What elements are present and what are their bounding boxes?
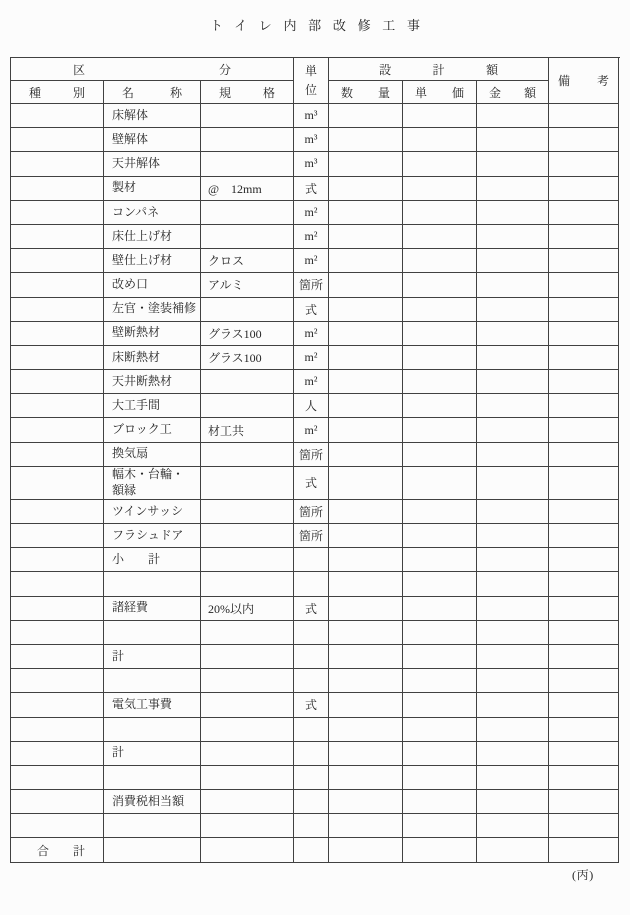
cell-unit-price [403, 742, 477, 766]
cell-unit: m³ [294, 104, 329, 128]
cell-unit [294, 790, 329, 814]
cell-spec [201, 467, 294, 500]
cell-unit-price [403, 322, 477, 346]
cell-unit-price [403, 645, 477, 669]
cell-remarks [549, 128, 619, 152]
document-title: トイレ内部改修工事 [0, 15, 630, 34]
header-remarks-label: 備 考 [549, 72, 618, 89]
cell-name: 天井断熱材 [104, 370, 201, 394]
cell-remarks [549, 814, 619, 838]
cell-name [104, 718, 201, 742]
cell-unit: 箇所 [294, 524, 329, 548]
cell-quantity [329, 500, 403, 524]
cell-spec [201, 201, 294, 225]
cell-unit-price [403, 693, 477, 717]
cell-spec [201, 742, 294, 766]
cell-quantity [329, 693, 403, 717]
cell-quantity [329, 225, 403, 249]
cell-quantity [329, 298, 403, 322]
cell-spec [201, 370, 294, 394]
cell-unit-price [403, 394, 477, 418]
header-spec-label: 規 格 [201, 84, 293, 101]
cell-quantity [329, 814, 403, 838]
cell-unit-price [403, 572, 477, 596]
cell-amount [477, 201, 549, 225]
cell-name [104, 572, 201, 596]
cell-name [104, 838, 201, 862]
cell-remarks [549, 669, 619, 693]
header-design-amount-label: 設 計 額 [329, 61, 548, 78]
cell-spec: 20%以内 [201, 597, 294, 621]
cell-unit [294, 718, 329, 742]
cell-unit: 箇所 [294, 443, 329, 467]
cell-quantity [329, 548, 403, 572]
cell-amount [477, 249, 549, 273]
cell-spec [201, 669, 294, 693]
cell-unit: 人 [294, 394, 329, 418]
cell-unit-price [403, 766, 477, 790]
cell-unit-price [403, 621, 477, 645]
cell-name: 幅木・台輪・ 額縁 [104, 467, 201, 500]
cell-remarks [549, 370, 619, 394]
cell-unit-price [403, 249, 477, 273]
cell-name: 床断熱材 [104, 346, 201, 370]
cell-amount [477, 572, 549, 596]
cell-name: 床仕上げ材 [104, 225, 201, 249]
header-remarks: 備 考 [549, 58, 619, 104]
cell-quantity [329, 467, 403, 500]
cell-name [104, 766, 201, 790]
cell-unit-price [403, 128, 477, 152]
cell-quantity [329, 621, 403, 645]
cell-remarks [549, 838, 619, 862]
cell-type [11, 128, 104, 152]
cell-remarks [549, 322, 619, 346]
cell-unit-price [403, 500, 477, 524]
cell-quantity [329, 177, 403, 201]
header-unit: 単 位 [294, 58, 329, 104]
cell-unit-price [403, 273, 477, 297]
cell-amount [477, 152, 549, 176]
cell-unit [294, 669, 329, 693]
cell-spec [201, 766, 294, 790]
cell-name: 諸経費 [104, 597, 201, 621]
cell-spec: @ 12mm [201, 177, 294, 201]
cell-remarks [549, 548, 619, 572]
cell-amount [477, 225, 549, 249]
cell-amount [477, 346, 549, 370]
cell-type [11, 597, 104, 621]
cell-amount [477, 394, 549, 418]
cell-amount [477, 838, 549, 862]
cell-quantity [329, 766, 403, 790]
header-amount-label: 金 額 [477, 84, 548, 101]
cell-amount [477, 467, 549, 500]
cell-unit-price [403, 548, 477, 572]
cell-spec: 材工共 [201, 418, 294, 442]
cell-quantity [329, 443, 403, 467]
cell-quantity [329, 418, 403, 442]
cell-type: 合 計 [11, 838, 104, 862]
cell-type [11, 693, 104, 717]
cell-amount [477, 645, 549, 669]
cell-unit: m² [294, 346, 329, 370]
cell-unit-price [403, 443, 477, 467]
cell-quantity [329, 370, 403, 394]
cell-type [11, 742, 104, 766]
cell-type [11, 298, 104, 322]
cell-type [11, 273, 104, 297]
cell-remarks [549, 766, 619, 790]
cell-unit-price [403, 838, 477, 862]
cell-type [11, 152, 104, 176]
cell-unit-price [403, 597, 477, 621]
cell-quantity [329, 742, 403, 766]
cell-remarks [549, 467, 619, 500]
cell-remarks [549, 790, 619, 814]
cell-unit-price [403, 669, 477, 693]
cell-name: フラシュドア [104, 524, 201, 548]
cell-name: 大工手間 [104, 394, 201, 418]
cell-amount [477, 128, 549, 152]
header-type-label: 種 別 [11, 84, 103, 101]
cell-amount [477, 669, 549, 693]
cell-unit-price [403, 418, 477, 442]
cell-unit [294, 814, 329, 838]
cell-amount [477, 548, 549, 572]
cell-spec [201, 548, 294, 572]
cell-amount [477, 273, 549, 297]
cell-amount [477, 524, 549, 548]
cell-quantity [329, 669, 403, 693]
cell-name: 壁仕上げ材 [104, 249, 201, 273]
header-name: 名 称 [104, 81, 201, 104]
page-mark: (丙) [572, 866, 594, 883]
cell-remarks [549, 152, 619, 176]
cell-type [11, 225, 104, 249]
cell-unit: m² [294, 322, 329, 346]
cell-remarks [549, 201, 619, 225]
cell-name: 壁解体 [104, 128, 201, 152]
cell-type [11, 418, 104, 442]
header-unit-price-label: 単 価 [403, 84, 476, 101]
cell-amount [477, 500, 549, 524]
cell-remarks [549, 500, 619, 524]
cell-unit [294, 645, 329, 669]
cell-unit [294, 548, 329, 572]
cell-amount [477, 814, 549, 838]
cell-remarks [549, 693, 619, 717]
cell-unit-price [403, 467, 477, 500]
cell-amount [477, 718, 549, 742]
cell-amount [477, 298, 549, 322]
cell-amount [477, 104, 549, 128]
cell-unit-price [403, 370, 477, 394]
cell-remarks [549, 225, 619, 249]
cell-remarks [549, 346, 619, 370]
cell-unit: 式 [294, 298, 329, 322]
cell-type [11, 177, 104, 201]
cell-spec [201, 500, 294, 524]
header-unit-price: 単 価 [403, 81, 477, 104]
header-amount: 金 額 [477, 81, 549, 104]
cell-remarks [549, 298, 619, 322]
cell-quantity [329, 201, 403, 225]
cell-name: 消費税相当額 [104, 790, 201, 814]
cell-name: ツインサッシ [104, 500, 201, 524]
cell-unit [294, 621, 329, 645]
cell-quantity [329, 790, 403, 814]
cell-type [11, 370, 104, 394]
cell-quantity [329, 838, 403, 862]
cell-unit [294, 742, 329, 766]
header-type: 種 別 [11, 81, 104, 104]
header-quantity: 数 量 [329, 81, 403, 104]
document-page: { "title": "トイレ内部改修工事", "page_mark": "(丙… [0, 0, 630, 915]
cell-spec [201, 838, 294, 862]
cell-amount [477, 322, 549, 346]
cell-amount [477, 177, 549, 201]
cell-name: 計 [104, 645, 201, 669]
cell-unit-price [403, 225, 477, 249]
cell-remarks [549, 249, 619, 273]
header-kubun-label: 区 分 [11, 61, 293, 78]
cell-remarks [549, 718, 619, 742]
cell-spec [201, 645, 294, 669]
cell-spec [201, 394, 294, 418]
estimate-table: 区 分 単 位 設 計 額 備 考 種 別 名 称 規 格 数 量 単 価 金 … [10, 57, 620, 863]
cell-type [11, 346, 104, 370]
cell-spec: グラス100 [201, 346, 294, 370]
cell-name: 製材 [104, 177, 201, 201]
cell-quantity [329, 128, 403, 152]
header-quantity-label: 数 量 [329, 84, 402, 101]
cell-amount [477, 742, 549, 766]
cell-type [11, 443, 104, 467]
cell-unit: 式 [294, 467, 329, 500]
cell-remarks [549, 443, 619, 467]
cell-remarks [549, 273, 619, 297]
cell-type [11, 548, 104, 572]
cell-spec [201, 718, 294, 742]
cell-type [11, 766, 104, 790]
cell-unit [294, 572, 329, 596]
cell-spec [201, 572, 294, 596]
cell-type [11, 524, 104, 548]
cell-type [11, 322, 104, 346]
cell-unit: m² [294, 201, 329, 225]
cell-name: 改め口 [104, 273, 201, 297]
cell-name: 天井解体 [104, 152, 201, 176]
cell-spec [201, 524, 294, 548]
cell-type [11, 467, 104, 500]
cell-quantity [329, 322, 403, 346]
cell-quantity [329, 524, 403, 548]
cell-type [11, 669, 104, 693]
cell-name: 床解体 [104, 104, 201, 128]
cell-name: 電気工事費 [104, 693, 201, 717]
cell-unit: 式 [294, 693, 329, 717]
cell-unit: 箇所 [294, 273, 329, 297]
cell-remarks [549, 621, 619, 645]
cell-spec [201, 298, 294, 322]
cell-remarks [549, 645, 619, 669]
cell-name: 計 [104, 742, 201, 766]
cell-unit-price [403, 346, 477, 370]
cell-unit: 式 [294, 597, 329, 621]
cell-spec [201, 814, 294, 838]
cell-quantity [329, 273, 403, 297]
cell-amount [477, 443, 549, 467]
cell-quantity [329, 152, 403, 176]
cell-type [11, 621, 104, 645]
cell-spec [201, 128, 294, 152]
cell-amount [477, 693, 549, 717]
cell-remarks [549, 597, 619, 621]
cell-type [11, 645, 104, 669]
cell-type [11, 790, 104, 814]
cell-unit-price [403, 524, 477, 548]
header-spec: 規 格 [201, 81, 294, 104]
cell-quantity [329, 718, 403, 742]
cell-type [11, 572, 104, 596]
cell-unit-price [403, 814, 477, 838]
cell-quantity [329, 572, 403, 596]
cell-name [104, 621, 201, 645]
cell-name: 壁断熱材 [104, 322, 201, 346]
cell-unit: m² [294, 249, 329, 273]
cell-name: 左官・塗装補修 [104, 298, 201, 322]
cell-amount [477, 418, 549, 442]
cell-amount [477, 597, 549, 621]
cell-type [11, 201, 104, 225]
cell-unit [294, 838, 329, 862]
cell-quantity [329, 394, 403, 418]
cell-amount [477, 766, 549, 790]
cell-unit: m² [294, 225, 329, 249]
cell-type [11, 394, 104, 418]
cell-unit-price [403, 152, 477, 176]
cell-unit: m² [294, 370, 329, 394]
cell-amount [477, 370, 549, 394]
cell-remarks [549, 572, 619, 596]
cell-quantity [329, 249, 403, 273]
cell-unit: m³ [294, 152, 329, 176]
cell-amount [477, 790, 549, 814]
cell-spec: アルミ [201, 273, 294, 297]
cell-spec [201, 152, 294, 176]
cell-unit-price [403, 201, 477, 225]
cell-quantity [329, 104, 403, 128]
cell-spec [201, 790, 294, 814]
cell-quantity [329, 346, 403, 370]
cell-spec [201, 225, 294, 249]
cell-name [104, 669, 201, 693]
cell-unit: m³ [294, 128, 329, 152]
cell-name: 換気扇 [104, 443, 201, 467]
cell-remarks [549, 742, 619, 766]
cell-unit-price [403, 298, 477, 322]
cell-spec [201, 104, 294, 128]
header-name-label: 名 称 [104, 84, 200, 101]
cell-remarks [549, 104, 619, 128]
header-kubun: 区 分 [11, 58, 294, 81]
cell-amount [477, 621, 549, 645]
cell-type [11, 104, 104, 128]
cell-spec [201, 443, 294, 467]
cell-quantity [329, 645, 403, 669]
cell-name: ブロック工 [104, 418, 201, 442]
cell-type [11, 249, 104, 273]
cell-quantity [329, 597, 403, 621]
header-design-amount: 設 計 額 [329, 58, 549, 81]
cell-unit: 箇所 [294, 500, 329, 524]
cell-name: 小 計 [104, 548, 201, 572]
cell-unit-price [403, 104, 477, 128]
cell-spec [201, 693, 294, 717]
cell-name [104, 814, 201, 838]
cell-spec: クロス [201, 249, 294, 273]
cell-type [11, 814, 104, 838]
cell-remarks [549, 524, 619, 548]
cell-unit: m² [294, 418, 329, 442]
cell-type [11, 718, 104, 742]
cell-remarks [549, 177, 619, 201]
cell-unit [294, 766, 329, 790]
cell-unit-price [403, 790, 477, 814]
cell-remarks [549, 418, 619, 442]
cell-remarks [549, 394, 619, 418]
cell-spec: グラス100 [201, 322, 294, 346]
cell-type [11, 500, 104, 524]
cell-unit-price [403, 718, 477, 742]
cell-spec [201, 621, 294, 645]
cell-unit: 式 [294, 177, 329, 201]
cell-name: コンパネ [104, 201, 201, 225]
cell-unit-price [403, 177, 477, 201]
